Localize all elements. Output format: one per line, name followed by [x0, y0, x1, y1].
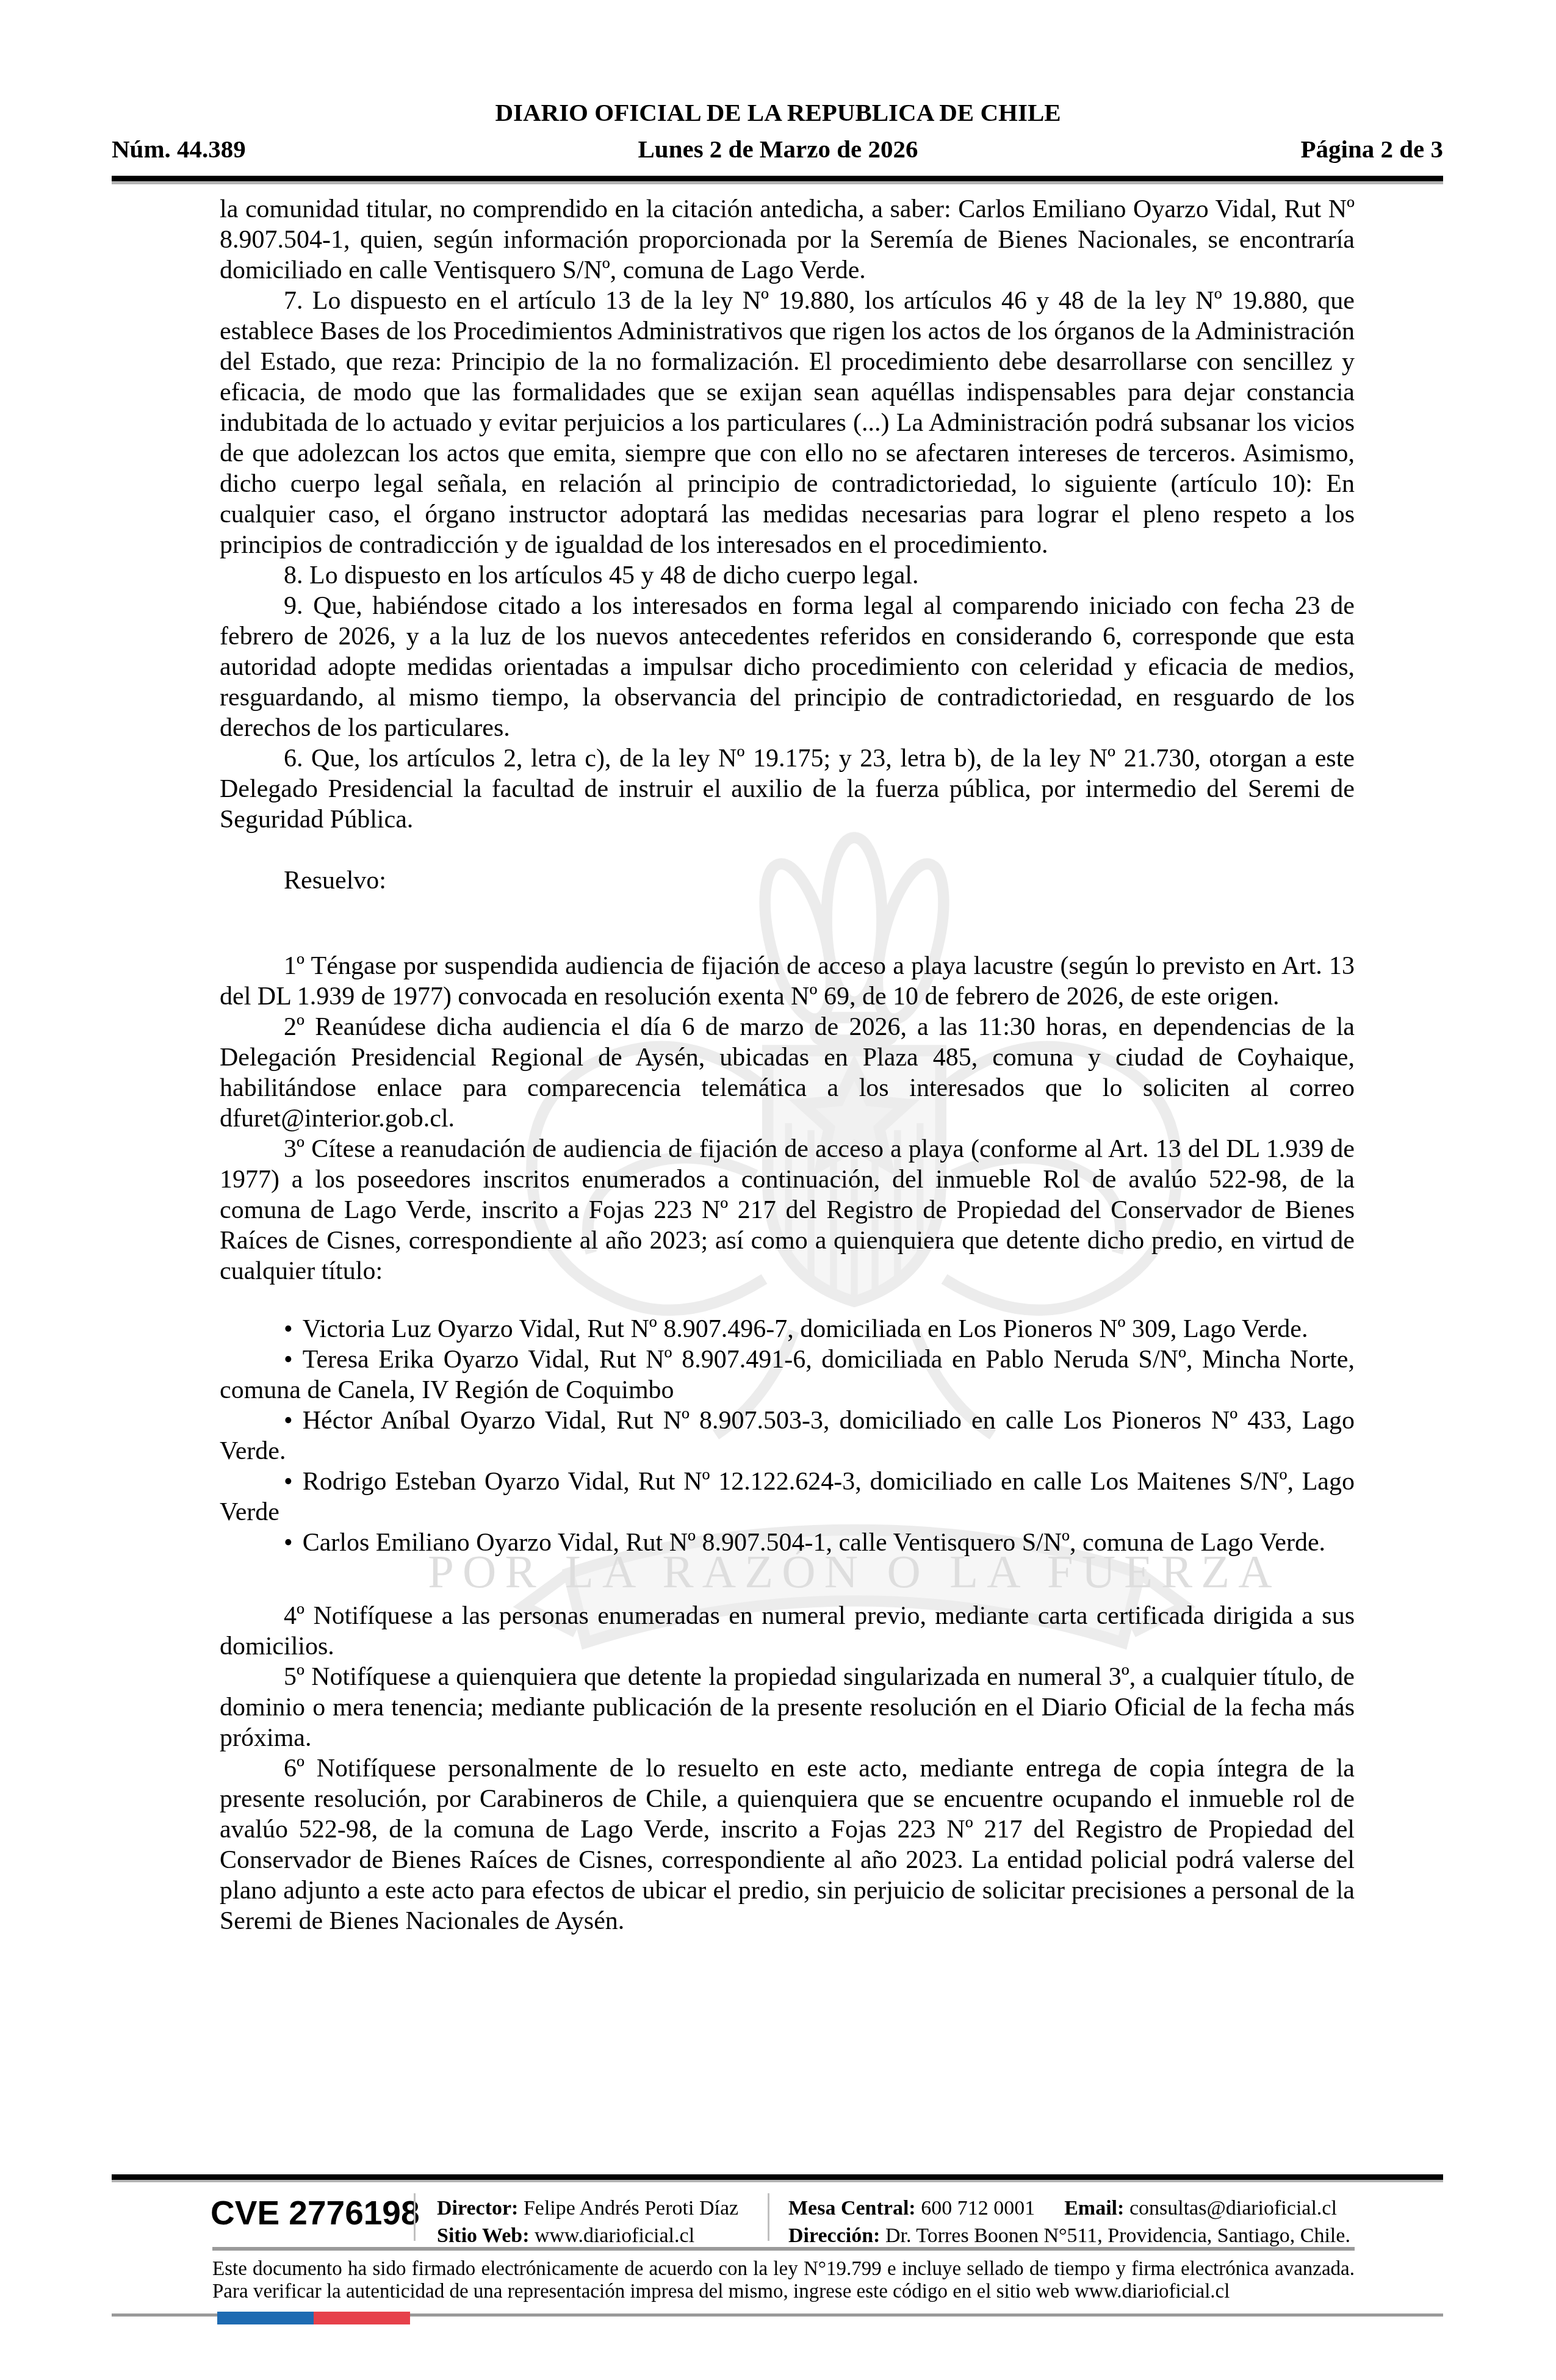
footer-rule-shadow: [112, 2180, 1443, 2182]
bullet-icon: •: [284, 1529, 293, 1557]
chile-flag-bar: [217, 2312, 410, 2324]
bullet-icon: •: [284, 1407, 293, 1435]
resolution-4: 4º Notifíquese a las personas enumeradas…: [220, 1601, 1355, 1662]
list-item: •Rodrigo Esteban Oyarzo Vidal, Rut Nº 12…: [220, 1466, 1355, 1527]
resolution-5: 5º Notifíquese a quienquiera que detente…: [220, 1662, 1355, 1753]
legal-note: Este documento ha sido firmado electróni…: [212, 2258, 1355, 2303]
contact-row: Mesa Central: 600 712 0001Email: consult…: [788, 2194, 1350, 2222]
footer-rule: [112, 2174, 1443, 2180]
phone-value: 600 712 0001: [921, 2197, 1035, 2220]
list-item-text: Teresa Erika Oyarzo Vidal, Rut Nº 8.907.…: [220, 1346, 1355, 1404]
footer-mid-rule: [212, 2247, 1355, 2251]
director-value: Felipe Andrés Peroti Díaz: [524, 2197, 738, 2220]
list-item-text: Carlos Emiliano Oyarzo Vidal, Rut Nº 8.9…: [303, 1529, 1325, 1557]
resolution-2: 2º Reanúdese dicha audiencia el día 6 de…: [220, 1012, 1355, 1134]
cited-persons-list: •Victoria Luz Oyarzo Vidal, Rut Nº 8.907…: [220, 1314, 1355, 1558]
phone-label: Mesa Central:: [788, 2197, 916, 2220]
header-rule: [112, 176, 1443, 181]
list-item-text: Héctor Aníbal Oyarzo Vidal, Rut Nº 8.907…: [220, 1407, 1355, 1465]
bullet-icon: •: [284, 1346, 293, 1374]
document-page: POR LA RAZÓN O LA FUERZA DIARIO OFICIAL …: [0, 0, 1556, 2380]
considerando-8: 8. Lo dispuesto en los artículos 45 y 48…: [220, 560, 1355, 591]
flag-blue-segment: [217, 2312, 314, 2324]
address-label: Dirección:: [788, 2224, 880, 2247]
email-label: Email:: [1064, 2197, 1124, 2220]
list-item: •Héctor Aníbal Oyarzo Vidal, Rut Nº 8.90…: [220, 1405, 1355, 1466]
resolution-3: 3º Cítese a reanudación de audiencia de …: [220, 1134, 1355, 1286]
considerando-9: 9. Que, habiéndose citado a los interesa…: [220, 591, 1355, 743]
footer-divider: [768, 2193, 769, 2241]
address-row: Dirección: Dr. Torres Boonen N°511, Prov…: [788, 2222, 1350, 2249]
footer-contact-column: Mesa Central: 600 712 0001Email: consult…: [788, 2194, 1350, 2249]
considerando-7: 7. Lo dispuesto en el artículo 13 de la …: [220, 286, 1355, 560]
flag-red-segment: [314, 2312, 410, 2324]
resolution-6: 6º Notifíquese personalmente de lo resue…: [220, 1753, 1355, 1936]
website-label: Sitio Web:: [437, 2224, 529, 2247]
footer-divider: [414, 2193, 416, 2241]
website-row: Sitio Web: www.diarioficial.cl: [437, 2222, 738, 2249]
footer-director-column: Director: Felipe Andrés Peroti Díaz Siti…: [437, 2194, 738, 2249]
address-value: Dr. Torres Boonen N°511, Providencia, Sa…: [885, 2224, 1350, 2247]
bullet-icon: •: [284, 1315, 293, 1343]
resolution-body: la comunidad titular, no comprendido en …: [220, 194, 1355, 1936]
website-value: www.diarioficial.cl: [535, 2224, 694, 2247]
resuelvo-heading: Resuelvo:: [220, 865, 1355, 896]
list-item: •Teresa Erika Oyarzo Vidal, Rut Nº 8.907…: [220, 1344, 1355, 1405]
bullet-icon: •: [284, 1468, 293, 1496]
list-item-text: Rodrigo Esteban Oyarzo Vidal, Rut Nº 12.…: [220, 1468, 1355, 1526]
list-item: •Carlos Emiliano Oyarzo Vidal, Rut Nº 8.…: [220, 1527, 1355, 1558]
list-item-text: Victoria Luz Oyarzo Vidal, Rut Nº 8.907.…: [303, 1315, 1308, 1343]
director-label: Director:: [437, 2197, 518, 2220]
paragraph-continuation: la comunidad titular, no comprendido en …: [220, 194, 1355, 286]
list-item: •Victoria Luz Oyarzo Vidal, Rut Nº 8.907…: [220, 1314, 1355, 1344]
email-value: consultas@diarioficial.cl: [1129, 2197, 1337, 2220]
director-row: Director: Felipe Andrés Peroti Díaz: [437, 2194, 738, 2222]
page-indicator: Página 2 de 3: [1301, 134, 1444, 164]
resolution-1: 1º Téngase por suspendida audiencia de f…: [220, 951, 1355, 1012]
cve-code: CVE 2776198: [211, 2193, 420, 2232]
considerando-6: 6. Que, los artículos 2, letra c), de la…: [220, 743, 1355, 835]
masthead-title: DIARIO OFICIAL DE LA REPUBLICA DE CHILE: [0, 98, 1556, 127]
header-rule-shadow: [112, 181, 1443, 184]
